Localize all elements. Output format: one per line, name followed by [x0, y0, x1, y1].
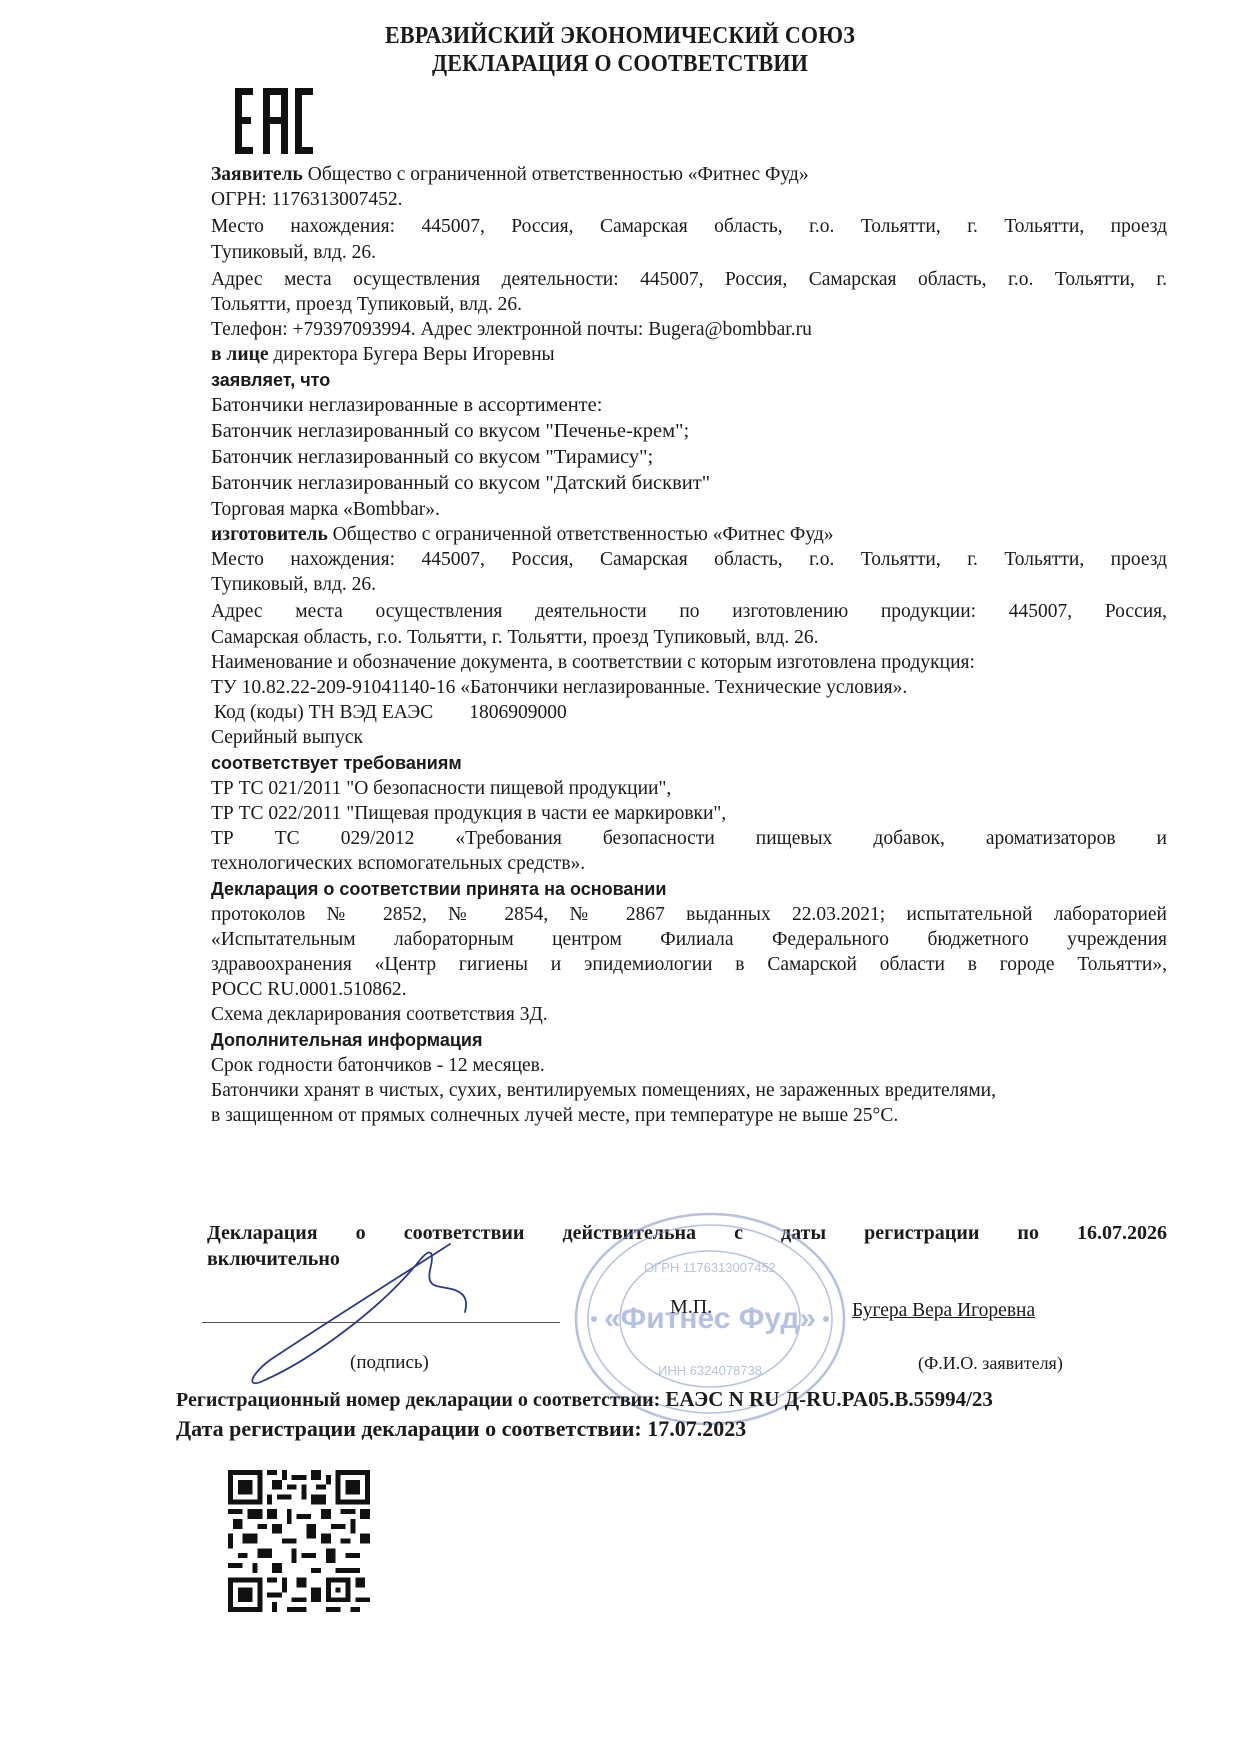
document-label: Наименование и обозначение документа, в … — [211, 650, 1167, 675]
registration-date-label: Дата регистрации декларации о соответств… — [176, 1416, 642, 1441]
applicant-location-2: Тупиковый, влд. 26. — [211, 240, 1167, 265]
manufacturer-line: изготовитель Общество с ограниченной отв… — [211, 522, 1167, 547]
manufacturer-location-1: Место нахождения: 445007, Россия, Самарс… — [211, 547, 1167, 572]
manufacturer-production-1: Адрес места осуществления деятельности п… — [211, 599, 1167, 624]
basis-line-4: РОСС RU.0001.510862. — [211, 977, 1167, 1002]
eac-logo-icon — [235, 88, 313, 154]
representative-name: директора Бугера Веры Игоревны — [268, 344, 554, 365]
product-line: Батончики неглазированные в ассортименте… — [211, 393, 1167, 419]
applicant-line: Заявитель Общество с ограниченной ответс… — [211, 162, 1167, 187]
storage-line-2: в защищенном от прямых солнечных лучей м… — [211, 1103, 1167, 1128]
basis-line-1: протоколов № 2852, № 2854, № 2867 выданн… — [211, 902, 1167, 927]
requirement-item: ТР ТС 022/2011 "Пищевая продукция в част… — [211, 801, 1167, 826]
applicant-label: Заявитель — [211, 164, 303, 185]
manufacturer-location-2: Тупиковый, влд. 26. — [211, 572, 1167, 597]
signer-caption: (Ф.И.О. заявителя) — [918, 1353, 1063, 1374]
stamp-inn: ИНН 6324078738 — [658, 1363, 762, 1378]
registration-number-value: ЕАЭС N RU Д-RU.PA05.B.55994/23 — [665, 1387, 993, 1411]
registration-date-value: 17.07.2023 — [647, 1416, 746, 1441]
signer-name: Бугера Вера Игоревна — [852, 1300, 1035, 1322]
product-line: Батончик неглазированный со вкусом "Тира… — [211, 445, 1167, 471]
basis-line-3: здравоохранения «Центр гигиены и эпидеми… — [211, 952, 1167, 977]
union-title: ЕВРАЗИЙСКИЙ ЭКОНОМИЧЕСКИЙ СОЮЗ — [0, 20, 1240, 49]
document-value: ТУ 10.82.22-209-91041140-16 «Батончики н… — [211, 675, 1167, 700]
additional-heading: Дополнительная информация — [211, 1028, 1167, 1053]
signature-caption: (подпись) — [350, 1352, 429, 1374]
qr-code-icon[interactable] — [228, 1470, 370, 1612]
applicant-ogrn: ОГРН: 1176313007452. — [211, 187, 1167, 212]
manufacturer-production-2: Самарская область, г.о. Тольятти, г. Тол… — [211, 625, 1167, 650]
applicant-activity-2: Тольятти, проезд Тупиковый, влд. 26. — [211, 292, 1167, 317]
declaration-title: ДЕКЛАРАЦИЯ О СООТВЕТСТВИИ — [0, 48, 1240, 77]
declaration-scheme: Схема декларирования соответствия 3Д. — [211, 1002, 1167, 1027]
storage-line-1: Батончики хранят в чистых, сухих, вентил… — [211, 1078, 1167, 1103]
registration-number-line: Регистрационный номер декларации о соотв… — [176, 1387, 993, 1412]
requirement-item-3-l2: технологических вспомогательных средств»… — [211, 851, 1167, 876]
applicant-name: Общество с ограниченной ответственностью… — [303, 164, 809, 185]
declares-heading: заявляет, что — [211, 368, 1167, 393]
manufacturer-label: изготовитель — [211, 524, 328, 545]
release-type: Серийный выпуск — [211, 725, 1167, 750]
trademark: Торговая марка «Bombbar». — [211, 497, 1167, 522]
seal-mark: М.П. — [670, 1296, 712, 1319]
requirements-heading: соответствует требованиям — [211, 751, 1167, 776]
declaration-body: Заявитель Общество с ограниченной ответс… — [211, 162, 1167, 1128]
registration-number-label: Регистрационный номер декларации о соотв… — [176, 1389, 660, 1411]
requirement-item: ТР ТС 021/2011 "О безопасности пищевой п… — [211, 776, 1167, 801]
stamp-ogrn: ОГРН 1176313007452 — [644, 1260, 776, 1275]
shelf-life: Срок годности батончиков - 12 месяцев. — [211, 1053, 1167, 1078]
product-line: Батончик неглазированный со вкусом "Датс… — [211, 471, 1167, 497]
registration-date-line: Дата регистрации декларации о соответств… — [176, 1416, 746, 1442]
tnved-value: 1806909000 — [469, 702, 567, 723]
tnved-line: Код (коды) ТН ВЭД ЕАЭС1806909000 — [211, 700, 1167, 725]
applicant-activity-1: Адрес места осуществления деятельности: … — [211, 267, 1167, 292]
tnved-label: Код (коды) ТН ВЭД ЕАЭС — [214, 702, 433, 723]
manufacturer-name: Общество с ограниченной ответственностью… — [328, 524, 834, 545]
product-line: Батончик неглазированный со вкусом "Пече… — [211, 419, 1167, 445]
representative-label: в лице — [211, 344, 268, 365]
applicant-contacts: Телефон: +79397093994. Адрес электронной… — [211, 317, 1167, 342]
basis-line-2: «Испытательным лабораторным центром Фили… — [211, 927, 1167, 952]
applicant-location-1: Место нахождения: 445007, Россия, Самарс… — [211, 214, 1167, 239]
basis-heading: Декларация о соответствии принята на осн… — [211, 877, 1167, 902]
representative-line: в лице директора Бугера Веры Игоревны — [211, 342, 1167, 367]
requirement-item-3-l1: ТР ТС 029/2012 «Требования безопасности … — [211, 826, 1167, 851]
